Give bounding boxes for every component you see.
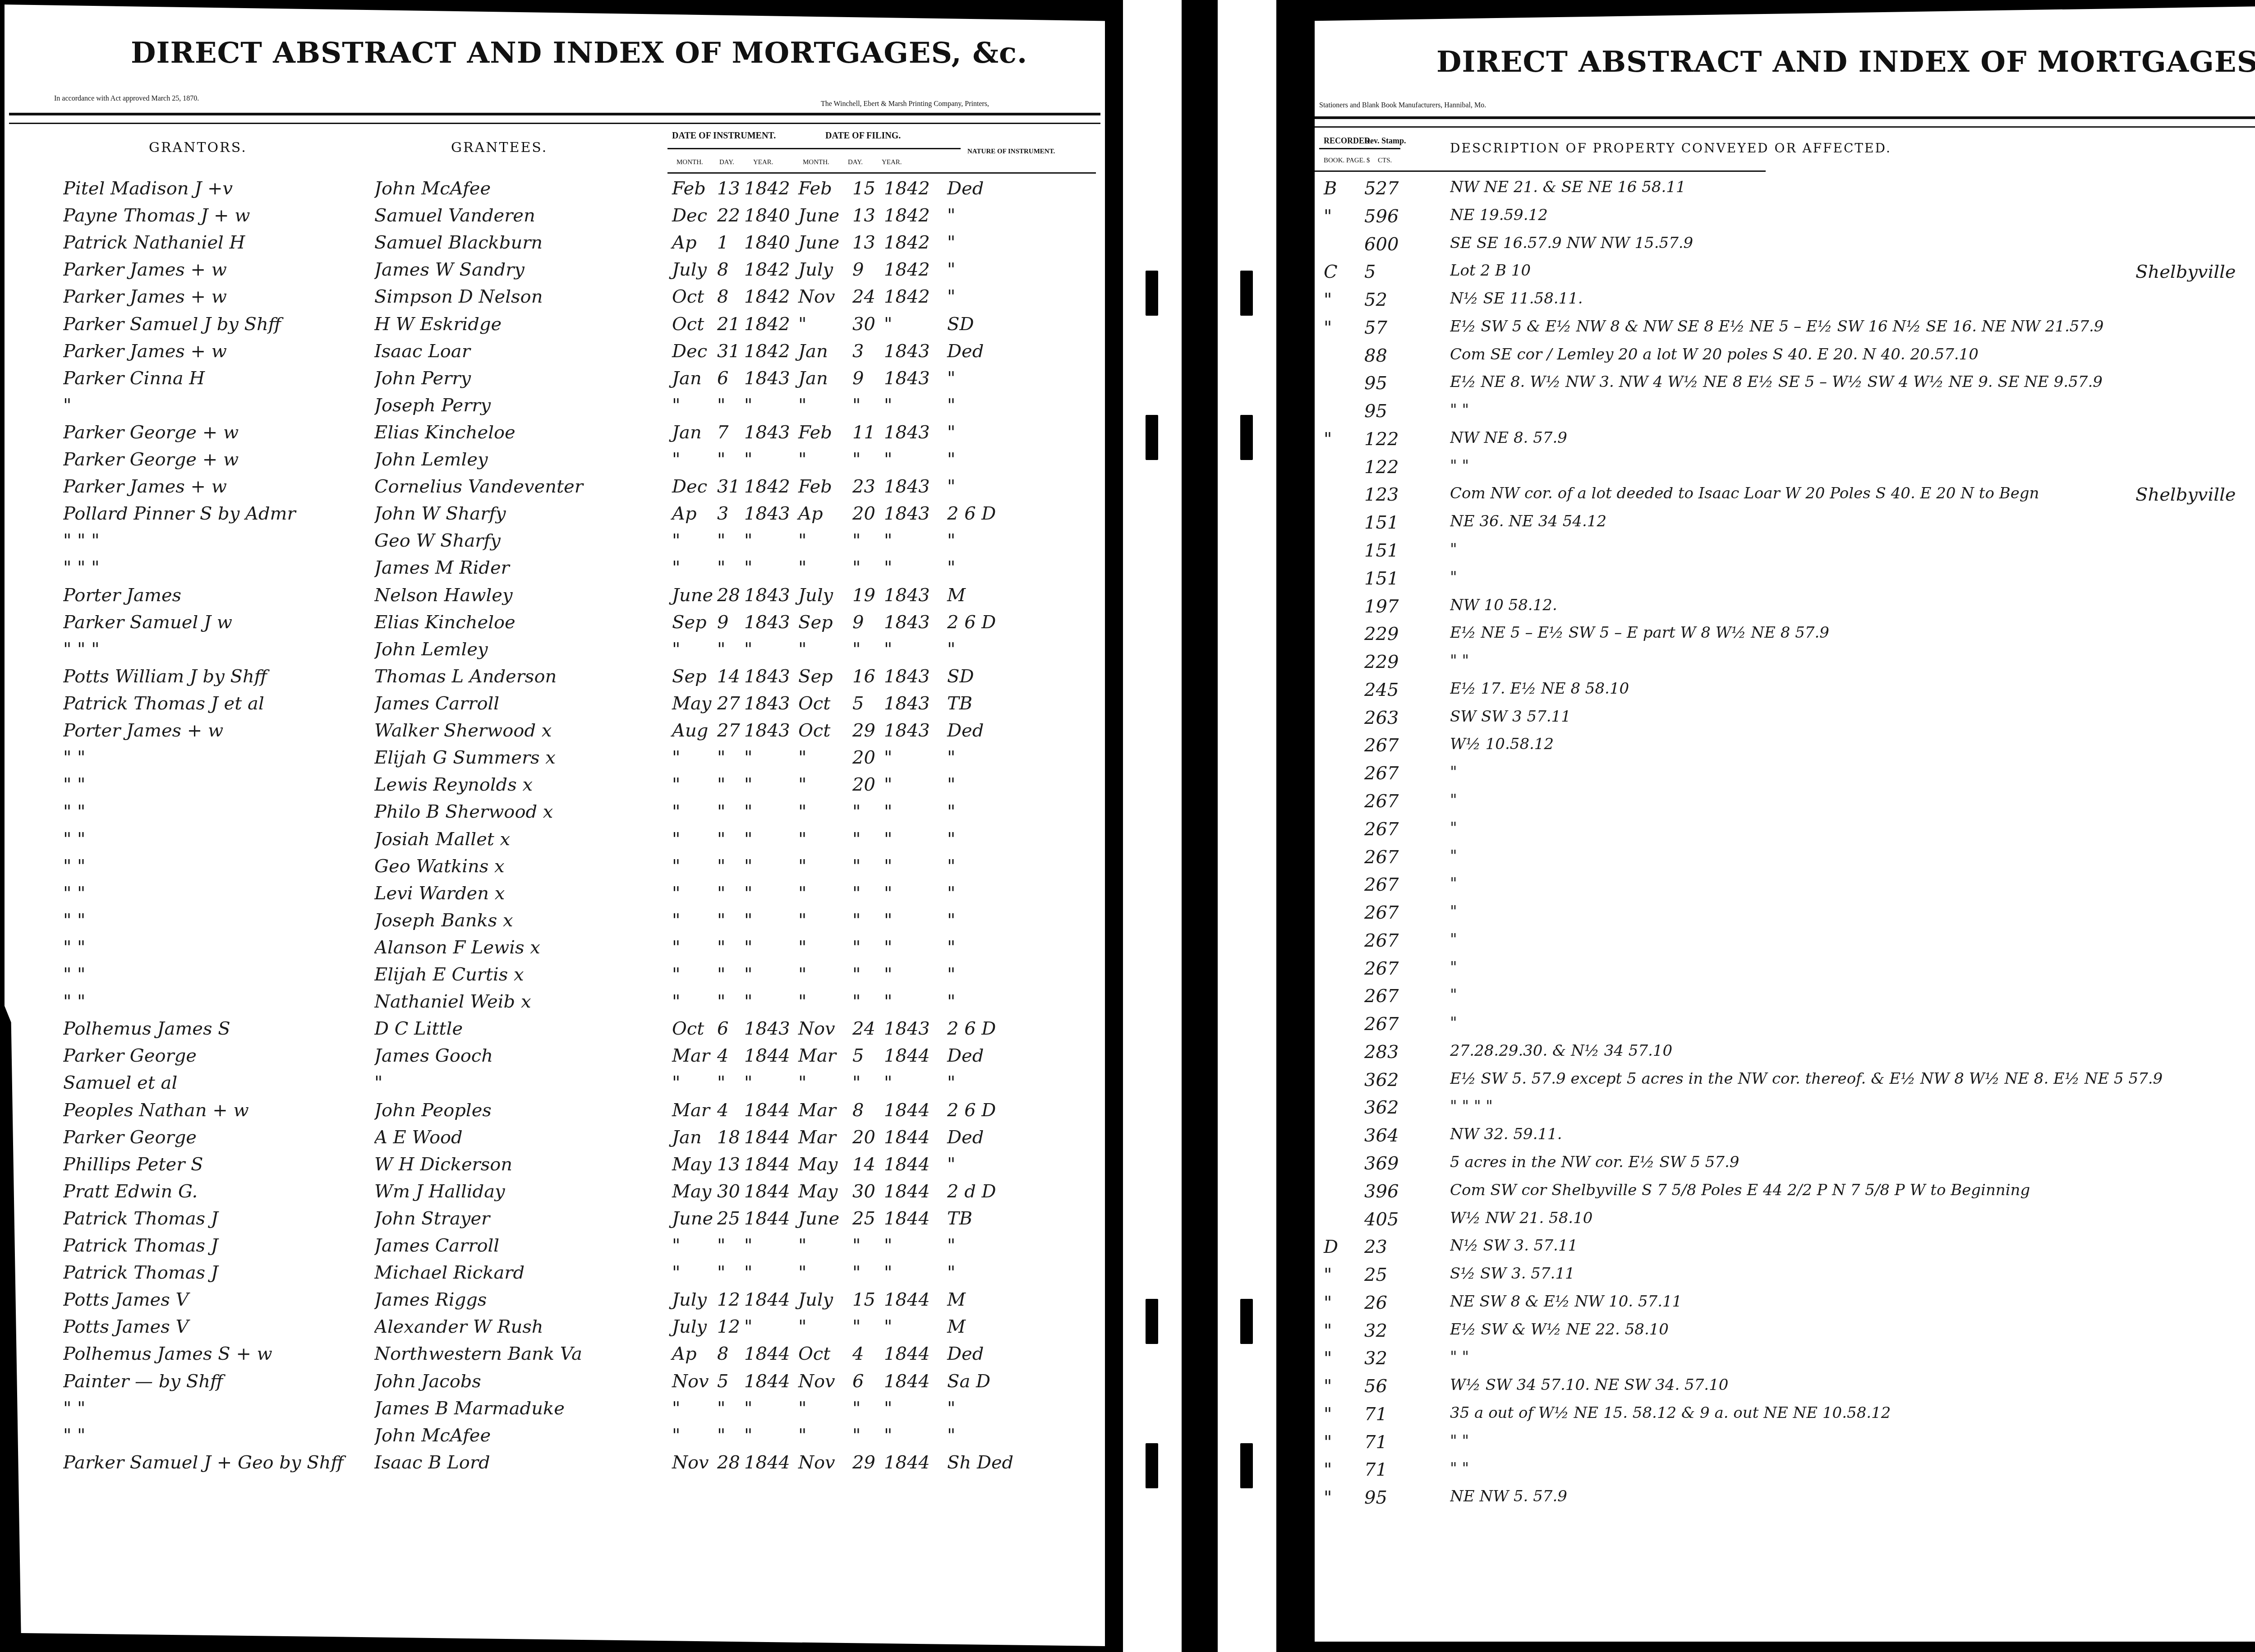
page-cell: 600 <box>1364 234 1399 255</box>
description-cell: " <box>1450 986 2255 1004</box>
grantee-cell: Samuel Blackburn <box>374 232 663 253</box>
filing-month-cell: Nov <box>798 1018 835 1039</box>
filing-month-cell: " <box>798 639 806 660</box>
filing-month-cell: Mar <box>798 1127 836 1148</box>
filing-day-cell: " <box>852 964 861 985</box>
grantee-cell: Lewis Reynolds x <box>374 774 663 795</box>
table-row: " "Joseph Banks x""""""" <box>5 910 1105 936</box>
grantee-cell: Elias Kincheloe <box>374 612 663 633</box>
filing-month-cell: " <box>798 1235 806 1256</box>
description-cell: N½ SW 3. 57.11 <box>1450 1237 2255 1255</box>
instrument-year-cell: 1844 <box>744 1344 790 1364</box>
table-row: 267" <box>1315 902 2255 930</box>
filing-year-cell: 1843 <box>884 666 930 687</box>
filing-month-cell: " <box>798 1425 806 1446</box>
instrument-day-cell: 28 <box>717 1452 740 1473</box>
page-title: DIRECT ABSTRACT AND INDEX OF MORTGAGES, … <box>131 36 1027 70</box>
instrument-year-cell: 1842 <box>744 286 790 307</box>
grantor-cell: Patrick Thomas J <box>63 1235 374 1256</box>
filing-day-cell: " <box>852 1425 861 1446</box>
filing-day-cell: 20 <box>852 503 875 524</box>
instrument-month-cell: " <box>672 1235 680 1256</box>
header-rule <box>1315 126 2255 128</box>
instrument-year-cell: " <box>744 747 752 768</box>
filing-year-cell: " <box>884 1316 892 1337</box>
grantee-cell: John Peoples <box>374 1100 663 1121</box>
act-note: In accordance with Act approved March 25… <box>54 95 199 103</box>
instrument-month-cell: " <box>672 964 680 985</box>
binding-hole <box>1146 415 1158 460</box>
instrument-month-cell: " <box>672 1072 680 1093</box>
book-cell: " <box>1324 1487 1332 1508</box>
book-cell: " <box>1324 290 1332 310</box>
grantee-cell: John Strayer <box>374 1208 663 1229</box>
grantor-cell: Parker Samuel J + Geo by Shff <box>63 1452 374 1473</box>
table-row: "122NW NE 8. 57.9 <box>1315 429 2255 456</box>
description-cell: " <box>1450 874 2255 893</box>
table-row: Pratt Edwin G.Wm J HallidayMay301844May3… <box>5 1181 1105 1207</box>
filing-day-cell: " <box>852 991 861 1012</box>
instrument-day-cell: " <box>717 395 725 416</box>
page-cell: 95 <box>1364 373 1387 394</box>
description-cell: E½ SW & W½ NE 22. 58.10 <box>1450 1321 2255 1339</box>
table-row: D23N½ SW 3. 57.11 <box>1315 1237 2255 1264</box>
page-cell: 197 <box>1364 596 1399 617</box>
filing-month-cell: " <box>798 829 806 850</box>
table-row: "Joseph Perry""""""" <box>5 395 1105 421</box>
rev-stamp-header: Rev. Stamp. <box>1364 136 1406 146</box>
filing-month-cell: June <box>798 1208 839 1229</box>
nature-cell: " <box>947 774 955 795</box>
page-cell: 369 <box>1364 1153 1399 1174</box>
filing-year-cell: " <box>884 530 892 551</box>
grantor-cell: Phillips Peter S <box>63 1154 374 1175</box>
instrument-day-cell: " <box>717 1425 725 1446</box>
table-row: 267" <box>1315 791 2255 818</box>
filing-day-cell: 30 <box>852 314 875 335</box>
table-row: "52N½ SE 11.58.11. <box>1315 290 2255 317</box>
nature-cell: Ded <box>947 341 984 362</box>
instrument-month-cell: Jan <box>672 422 702 443</box>
binding-hole <box>1240 415 1253 460</box>
instrument-day-cell: " <box>717 883 725 904</box>
table-row: Peoples Nathan + wJohn PeoplesMar41844Ma… <box>5 1100 1105 1126</box>
filing-month-cell: Feb <box>798 422 832 443</box>
instrument-day-cell: 27 <box>717 720 740 741</box>
description-cell: " <box>1450 819 2255 837</box>
description-cell: NW NE 8. 57.9 <box>1450 429 2255 447</box>
filing-day-cell: 24 <box>852 286 875 307</box>
description-cell: E½ 17. E½ NE 8 58.10 <box>1450 680 2255 698</box>
instrument-month-cell: Ap <box>672 1344 697 1364</box>
instrument-year-cell: 1844 <box>744 1100 790 1121</box>
instrument-day-cell: " <box>717 801 725 822</box>
table-row: Patrick Thomas JJohn StrayerJune251844Ju… <box>5 1208 1105 1234</box>
grantor-cell: " " <box>63 774 374 795</box>
filing-day-cell: " <box>852 883 861 904</box>
page-cell: 151 <box>1364 540 1399 561</box>
grantee-cell: James Carroll <box>374 693 663 714</box>
grantor-cell: Patrick Nathaniel H <box>63 232 374 253</box>
nature-cell: 2 6 D <box>947 1100 996 1121</box>
filing-month-cell: Jan <box>798 368 828 389</box>
filing-year-cell: " <box>884 856 892 877</box>
month-header: MONTH. <box>676 159 703 166</box>
page-cell: 122 <box>1364 457 1399 478</box>
description-cell: " <box>1450 568 2255 586</box>
grantee-cell: John Perry <box>374 368 663 389</box>
nature-cell: M <box>947 1316 966 1337</box>
description-cell: Lot 2 B 10 <box>1450 262 2255 280</box>
filing-year-cell: " <box>884 1262 892 1283</box>
instrument-day-cell: 8 <box>717 259 728 280</box>
grantor-cell: Potts William J by Shff <box>63 666 374 687</box>
nature-cell: 2 6 D <box>947 503 996 524</box>
filing-year-cell: 1843 <box>884 612 930 633</box>
page-cell: 122 <box>1364 429 1399 450</box>
filing-month-cell: " <box>798 1316 806 1337</box>
instrument-day-cell: 3 <box>717 503 728 524</box>
filing-month-cell: " <box>798 991 806 1012</box>
filing-month-cell: May <box>798 1181 838 1202</box>
table-row: Potts William J by ShffThomas L Anderson… <box>5 666 1105 692</box>
instrument-day-cell: 14 <box>717 666 740 687</box>
grantor-cell: " " <box>63 856 374 877</box>
filing-day-cell: " <box>852 530 861 551</box>
table-row: C5Lot 2 B 10Shelbyville <box>1315 262 2255 289</box>
filing-day-cell: " <box>852 829 861 850</box>
nature-cell: " <box>947 368 955 389</box>
table-row: B527NW NE 21. & SE NE 16 58.11 <box>1315 178 2255 205</box>
grantor-cell: Polhemus James S + w <box>63 1344 374 1364</box>
page-cell: 263 <box>1364 708 1399 728</box>
filing-year-cell: " <box>884 883 892 904</box>
description-cell: " " " " <box>1450 1097 2255 1115</box>
instrument-day-cell: 13 <box>717 178 740 199</box>
book-cell: " <box>1324 1432 1332 1453</box>
table-row: " " "Geo W Sharfy""""""" <box>5 530 1105 557</box>
filing-month-cell: " <box>798 774 806 795</box>
page-cell: 71 <box>1364 1432 1387 1453</box>
table-row: Patrick Nathaniel HSamuel BlackburnAp118… <box>5 232 1105 258</box>
filing-month-cell: Mar <box>798 1100 836 1121</box>
header-rule <box>9 123 1100 124</box>
nature-cell: " <box>947 1262 955 1283</box>
nature-cell: Ded <box>947 178 984 199</box>
instrument-month-cell: Feb <box>672 178 706 199</box>
description-cell: NW NE 21. & SE NE 16 58.11 <box>1450 178 2255 196</box>
instrument-day-cell: " <box>717 557 725 578</box>
page-cell: 267 <box>1364 763 1399 784</box>
description-cell: W½ SW 34 57.10. NE SW 34. 57.10 <box>1450 1376 2255 1394</box>
description-cell: SW SW 3 57.11 <box>1450 708 2255 726</box>
filing-month-cell: May <box>798 1154 838 1175</box>
description-cell: 5 acres in the NW cor. E½ SW 5 57.9 <box>1450 1153 2255 1171</box>
book-cell: " <box>1324 1293 1332 1313</box>
grantor-cell: Parker Samuel J w <box>63 612 374 633</box>
table-row: " "Elijah G Summers x""""20"" <box>5 747 1105 773</box>
location-note-cell: Shelbyville <box>2135 262 2236 282</box>
grantee-cell: James W Sandry <box>374 259 663 280</box>
instrument-day-cell: 12 <box>717 1289 740 1310</box>
page-cell: 245 <box>1364 680 1399 700</box>
nature-cell: 2 6 D <box>947 612 996 633</box>
grantee-cell: Thomas L Anderson <box>374 666 663 687</box>
instrument-year-cell: " <box>744 1398 752 1419</box>
instrument-day-cell: " <box>717 449 725 470</box>
instrument-month-cell: " <box>672 530 680 551</box>
filing-day-cell: 15 <box>852 178 875 199</box>
description-cell: NE NW 5. 57.9 <box>1450 1487 2255 1505</box>
instrument-day-cell: 9 <box>717 612 728 633</box>
filing-year-cell: " <box>884 829 892 850</box>
instrument-month-cell: Dec <box>672 205 707 226</box>
grantee-cell: " <box>374 1072 663 1093</box>
instrument-day-cell: " <box>717 829 725 850</box>
page-cell: 56 <box>1364 1376 1387 1397</box>
book-cell: B <box>1324 178 1337 199</box>
instrument-month-cell: Nov <box>672 1371 709 1392</box>
page-cell: 32 <box>1364 1321 1387 1341</box>
nature-cell: " <box>947 232 955 253</box>
filing-year-cell: " <box>884 639 892 660</box>
instrument-year-cell: " <box>744 530 752 551</box>
page-cell: 52 <box>1364 290 1387 310</box>
page-cell: 527 <box>1364 178 1399 199</box>
page-cell: 25 <box>1364 1265 1387 1285</box>
instrument-year-cell: " <box>744 1425 752 1446</box>
table-row: Pitel Madison J +vJohn McAfeeFeb131842Fe… <box>5 178 1105 204</box>
instrument-year-cell: " <box>744 937 752 958</box>
grantee-cell: John Jacobs <box>374 1371 663 1392</box>
table-row: "71" " <box>1315 1459 2255 1486</box>
nature-cell: SD <box>947 666 974 687</box>
grantor-cell: Porter James <box>63 585 374 606</box>
filing-day-cell: 29 <box>852 1452 875 1473</box>
filing-year-cell: 1844 <box>884 1344 930 1364</box>
filing-day-cell: " <box>852 856 861 877</box>
filing-month-cell: July <box>798 1289 833 1310</box>
grantors-header: GRANTORS. <box>149 140 247 156</box>
instrument-year-cell: 1843 <box>744 612 790 633</box>
grantee-cell: W H Dickerson <box>374 1154 663 1175</box>
nature-cell: " <box>947 829 955 850</box>
instrument-year-cell: 1844 <box>744 1371 790 1392</box>
table-row: Porter JamesNelson HawleyJune281843July1… <box>5 585 1105 611</box>
table-row: 267" <box>1315 930 2255 957</box>
printer-note: The Winchell, Ebert & Marsh Printing Com… <box>821 100 989 108</box>
table-row: " " "James M Rider""""""" <box>5 557 1105 584</box>
table-row: Potts James VJames RiggsJuly121844July15… <box>5 1289 1105 1316</box>
nature-cell: " <box>947 910 955 931</box>
filing-year-cell: 1843 <box>884 585 930 606</box>
grantor-cell: " " <box>63 1398 374 1419</box>
page-cell: 267 <box>1364 819 1399 840</box>
instrument-month-cell: May <box>672 1154 711 1175</box>
instrument-year-cell: " <box>744 910 752 931</box>
nature-cell: " <box>947 259 955 280</box>
grantor-cell: " " <box>63 910 374 931</box>
filing-day-cell: 25 <box>852 1208 875 1229</box>
filing-month-cell: Feb <box>798 476 832 497</box>
filing-month-cell: " <box>798 530 806 551</box>
instrument-month-cell: July <box>672 1316 707 1337</box>
description-cell: NW 32. 59.11. <box>1450 1125 2255 1143</box>
table-row: "32E½ SW & W½ NE 22. 58.10 <box>1315 1321 2255 1348</box>
table-row: "56W½ SW 34 57.10. NE SW 34. 57.10 <box>1315 1376 2255 1403</box>
instrument-year-cell: 1844 <box>744 1289 790 1310</box>
instrument-year-cell: 1843 <box>744 368 790 389</box>
grantee-cell: Philo B Sherwood x <box>374 801 663 822</box>
filing-year-cell: 1844 <box>884 1208 930 1229</box>
filing-month-cell: " <box>798 964 806 985</box>
filing-year-cell: " <box>884 747 892 768</box>
header-bottom-rule <box>1315 170 1766 172</box>
table-row: Parker Samuel J wElias KincheloeSep91843… <box>5 612 1105 638</box>
grantor-cell: Parker James + w <box>63 259 374 280</box>
filing-month-cell: July <box>798 259 833 280</box>
description-cell: 35 a out of W½ NE 15. 58.12 & 9 a. out N… <box>1450 1404 2255 1422</box>
instrument-month-cell: " <box>672 557 680 578</box>
table-row: 362E½ SW 5. 57.9 except 5 acres in the N… <box>1315 1070 2255 1097</box>
instrument-month-cell: June <box>672 1208 713 1229</box>
instrument-day-cell: " <box>717 639 725 660</box>
grantee-cell: James M Rider <box>374 557 663 578</box>
grantee-cell: Isaac B Lord <box>374 1452 663 1473</box>
instrument-year-cell: 1844 <box>744 1154 790 1175</box>
table-row: 28327.28.29.30. & N½ 34 57.10 <box>1315 1042 2255 1069</box>
grantee-cell: James Riggs <box>374 1289 663 1310</box>
instrument-year-cell: 1842 <box>744 259 790 280</box>
page-cell: 151 <box>1364 568 1399 589</box>
nature-cell: " <box>947 883 955 904</box>
nature-cell: " <box>947 530 955 551</box>
grantee-cell: Alexander W Rush <box>374 1316 663 1337</box>
instrument-month-cell: June <box>672 585 713 606</box>
grantee-cell: Nathaniel Weib x <box>374 991 663 1012</box>
date-of-filing-header: DATE OF FILING. <box>825 131 901 141</box>
grantor-cell: Potts James V <box>63 1289 374 1310</box>
grantor-cell: Painter — by Shff <box>63 1371 374 1392</box>
table-row: "596NE 19.59.12 <box>1315 206 2255 233</box>
nature-cell: Ded <box>947 1344 984 1364</box>
table-row: 396Com SW cor Shelbyville S 7 5/8 Poles … <box>1315 1181 2255 1208</box>
table-row: " "Nathaniel Weib x""""""" <box>5 991 1105 1017</box>
filing-year-cell: " <box>884 1425 892 1446</box>
grantor-cell: Parker Samuel J by Shff <box>63 314 374 335</box>
filing-month-cell: Ap <box>798 503 823 524</box>
page-cell: 229 <box>1364 624 1399 644</box>
description-cell: " <box>1450 958 2255 976</box>
book-cell: " <box>1324 1404 1332 1425</box>
page-cell: 151 <box>1364 512 1399 533</box>
description-cell: " <box>1450 791 2255 809</box>
filing-year-cell: 1842 <box>884 178 930 199</box>
instrument-month-cell: May <box>672 1181 711 1202</box>
filing-year-cell: " <box>884 1398 892 1419</box>
grantor-cell: Parker George + w <box>63 449 374 470</box>
grantees-header: GRANTEES. <box>451 140 548 156</box>
grantor-cell: Pitel Madison J +v <box>63 178 374 199</box>
page-cell: 23 <box>1364 1237 1387 1257</box>
table-row: " "Levi Warden x""""""" <box>5 883 1105 909</box>
table-row: 122" " <box>1315 457 2255 484</box>
table-row: 245E½ 17. E½ NE 8 58.10 <box>1315 680 2255 707</box>
instrument-month-cell: " <box>672 1398 680 1419</box>
table-row: 123Com NW cor. of a lot deeded to Isaac … <box>1315 484 2255 511</box>
grantor-cell: " <box>63 395 374 416</box>
instrument-day-cell: " <box>717 1235 725 1256</box>
filing-month-cell: " <box>798 910 806 931</box>
description-cell: 27.28.29.30. & N½ 34 57.10 <box>1450 1042 2255 1060</box>
description-cell: " " <box>1450 457 2255 475</box>
table-row: Parker Cinna HJohn PerryJan61843Jan91843… <box>5 368 1105 394</box>
filing-day-cell: " <box>852 1235 861 1256</box>
page-cell: 95 <box>1364 401 1387 422</box>
table-row: 197NW 10 58.12. <box>1315 596 2255 623</box>
description-cell: NW 10 58.12. <box>1450 596 2255 614</box>
instrument-month-cell: " <box>672 1262 680 1283</box>
table-row: Parker Samuel J + Geo by ShffIsaac B Lor… <box>5 1452 1105 1478</box>
filing-day-cell: 11 <box>852 422 875 443</box>
page-cell: 88 <box>1364 345 1387 366</box>
table-row: 95E½ NE 8. W½ NW 3. NW 4 W½ NE 8 E½ SE 5… <box>1315 373 2255 400</box>
table-row: Polhemus James SD C LittleOct61843Nov241… <box>5 1018 1105 1045</box>
page-cell: 364 <box>1364 1125 1399 1146</box>
grantor-cell: " " <box>63 991 374 1012</box>
filing-month-cell: Oct <box>798 693 830 714</box>
header-bottom-rule <box>667 172 1096 174</box>
filing-month-cell: June <box>798 232 839 253</box>
filing-day-cell: 20 <box>852 747 875 768</box>
page-cell: 26 <box>1364 1293 1387 1313</box>
grantee-cell: James B Marmaduke <box>374 1398 663 1419</box>
filing-year-cell: " <box>884 314 892 335</box>
nature-cell: M <box>947 585 966 606</box>
table-row: Painter — by ShffJohn JacobsNov51844Nov6… <box>5 1371 1105 1397</box>
date-of-instrument-header: DATE OF INSTRUMENT. <box>672 131 776 141</box>
recorded-rule <box>1319 148 1400 149</box>
table-row: 267" <box>1315 1014 2255 1041</box>
instrument-day-cell: 25 <box>717 1208 740 1229</box>
table-row: Phillips Peter SW H DickersonMay131844Ma… <box>5 1154 1105 1180</box>
instrument-month-cell: " <box>672 639 680 660</box>
table-row: "95NE NW 5. 57.9 <box>1315 1487 2255 1514</box>
binding-hole <box>1146 1443 1158 1488</box>
filing-day-cell: " <box>852 1072 861 1093</box>
instrument-day-cell: 30 <box>717 1181 740 1202</box>
description-cell: " " <box>1450 1432 2255 1450</box>
instrument-month-cell: Dec <box>672 341 707 362</box>
filing-year-cell: 1842 <box>884 286 930 307</box>
filing-month-cell: June <box>798 205 839 226</box>
page-cell: 267 <box>1364 958 1399 979</box>
book-cell: " <box>1324 1459 1332 1480</box>
grantor-cell: " " <box>63 801 374 822</box>
filing-year-cell: 1843 <box>884 341 930 362</box>
grantee-cell: Simpson D Nelson <box>374 286 663 307</box>
filing-day-cell: " <box>852 1262 861 1283</box>
instrument-month-cell: " <box>672 747 680 768</box>
binding-hole <box>1146 271 1158 316</box>
nature-cell: " <box>947 422 955 443</box>
instrument-day-cell: 13 <box>717 1154 740 1175</box>
instrument-month-cell: Oct <box>672 286 704 307</box>
grantor-cell: Porter James + w <box>63 720 374 741</box>
grantee-cell: Nelson Hawley <box>374 585 663 606</box>
grantee-cell: John McAfee <box>374 178 663 199</box>
nature-cell: " <box>947 964 955 985</box>
